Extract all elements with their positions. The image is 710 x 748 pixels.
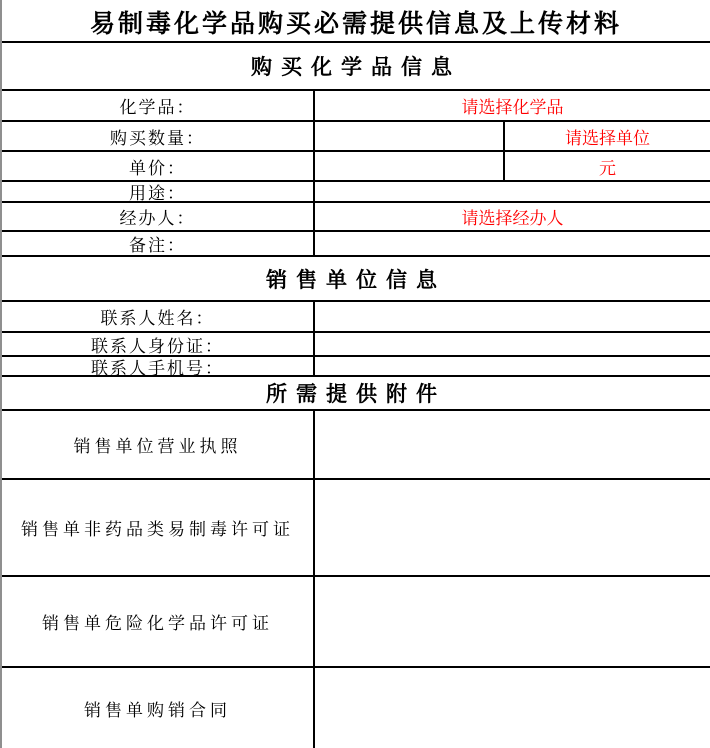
section-header-attachments-label: 所需提供附件 — [266, 378, 446, 408]
note-label: 备注： — [2, 232, 315, 255]
price-unit-label: 元 — [505, 152, 710, 180]
price-input-field[interactable] — [315, 152, 505, 180]
contact-id-input-field[interactable] — [315, 333, 710, 355]
section-header-seller: 销售单位信息 — [2, 257, 710, 302]
quantity-unit-select-field[interactable]: 请选择单位 — [505, 122, 710, 150]
note-input-field[interactable] — [315, 232, 710, 255]
row-business-license: 销售单位营业执照 — [2, 411, 710, 480]
contact-phone-label: 联系人手机号： — [2, 357, 315, 375]
chemical-select-field[interactable]: 请选择化学品 — [315, 91, 710, 120]
row-contact-name: 联系人姓名： — [2, 302, 710, 333]
row-agent: 经办人： 请选择经办人 — [2, 203, 710, 232]
contact-phone-input-field[interactable] — [315, 357, 710, 375]
business-license-label: 销售单位营业执照 — [2, 411, 315, 478]
chemical-label: 化学品： — [2, 91, 315, 120]
row-contact-id: 联系人身份证： — [2, 333, 710, 357]
quantity-input-field[interactable] — [315, 122, 505, 150]
row-price: 单价： 元 — [2, 152, 710, 182]
contact-name-label: 联系人姓名： — [2, 302, 315, 331]
row-hazardous-chemical-license: 销售单危险化学品许可证 — [2, 577, 710, 668]
non-drug-precursor-license-upload-area[interactable] — [315, 480, 710, 575]
section-header-attachments: 所需提供附件 — [2, 377, 710, 411]
form-title: 易制毒化学品购买必需提供信息及上传材料 — [90, 4, 622, 40]
contact-name-input-field[interactable] — [315, 302, 710, 331]
row-contact-phone: 联系人手机号： — [2, 357, 710, 377]
hazardous-chemical-license-label: 销售单危险化学品许可证 — [2, 577, 315, 666]
quantity-label: 购买数量： — [2, 122, 315, 150]
row-non-drug-precursor-license: 销售单非药品类易制毒许可证 — [2, 480, 710, 577]
agent-select-field[interactable]: 请选择经办人 — [315, 203, 710, 230]
business-license-upload-area[interactable] — [315, 411, 710, 478]
usage-label: 用途： — [2, 182, 315, 201]
price-label: 单价： — [2, 152, 315, 180]
section-header-purchase: 购买化学品信息 — [2, 43, 710, 91]
row-usage: 用途： — [2, 182, 710, 203]
form-title-row: 易制毒化学品购买必需提供信息及上传材料 — [2, 0, 710, 43]
section-header-purchase-label: 购买化学品信息 — [251, 51, 461, 81]
agent-label: 经办人： — [2, 203, 315, 230]
contact-id-label: 联系人身份证： — [2, 333, 315, 355]
precursor-chemical-purchase-form: 易制毒化学品购买必需提供信息及上传材料 购买化学品信息 化学品： 请选择化学品 … — [0, 0, 710, 748]
row-note: 备注： — [2, 232, 710, 257]
hazardous-chemical-license-upload-area[interactable] — [315, 577, 710, 666]
non-drug-precursor-license-label: 销售单非药品类易制毒许可证 — [2, 480, 315, 575]
row-purchase-contract: 销售单购销合同 — [2, 668, 710, 748]
purchase-contract-label: 销售单购销合同 — [2, 668, 315, 748]
usage-input-field[interactable] — [315, 182, 710, 201]
row-quantity: 购买数量： 请选择单位 — [2, 122, 710, 152]
purchase-contract-upload-area[interactable] — [315, 668, 710, 748]
row-chemical: 化学品： 请选择化学品 — [2, 91, 710, 122]
section-header-seller-label: 销售单位信息 — [266, 264, 446, 294]
